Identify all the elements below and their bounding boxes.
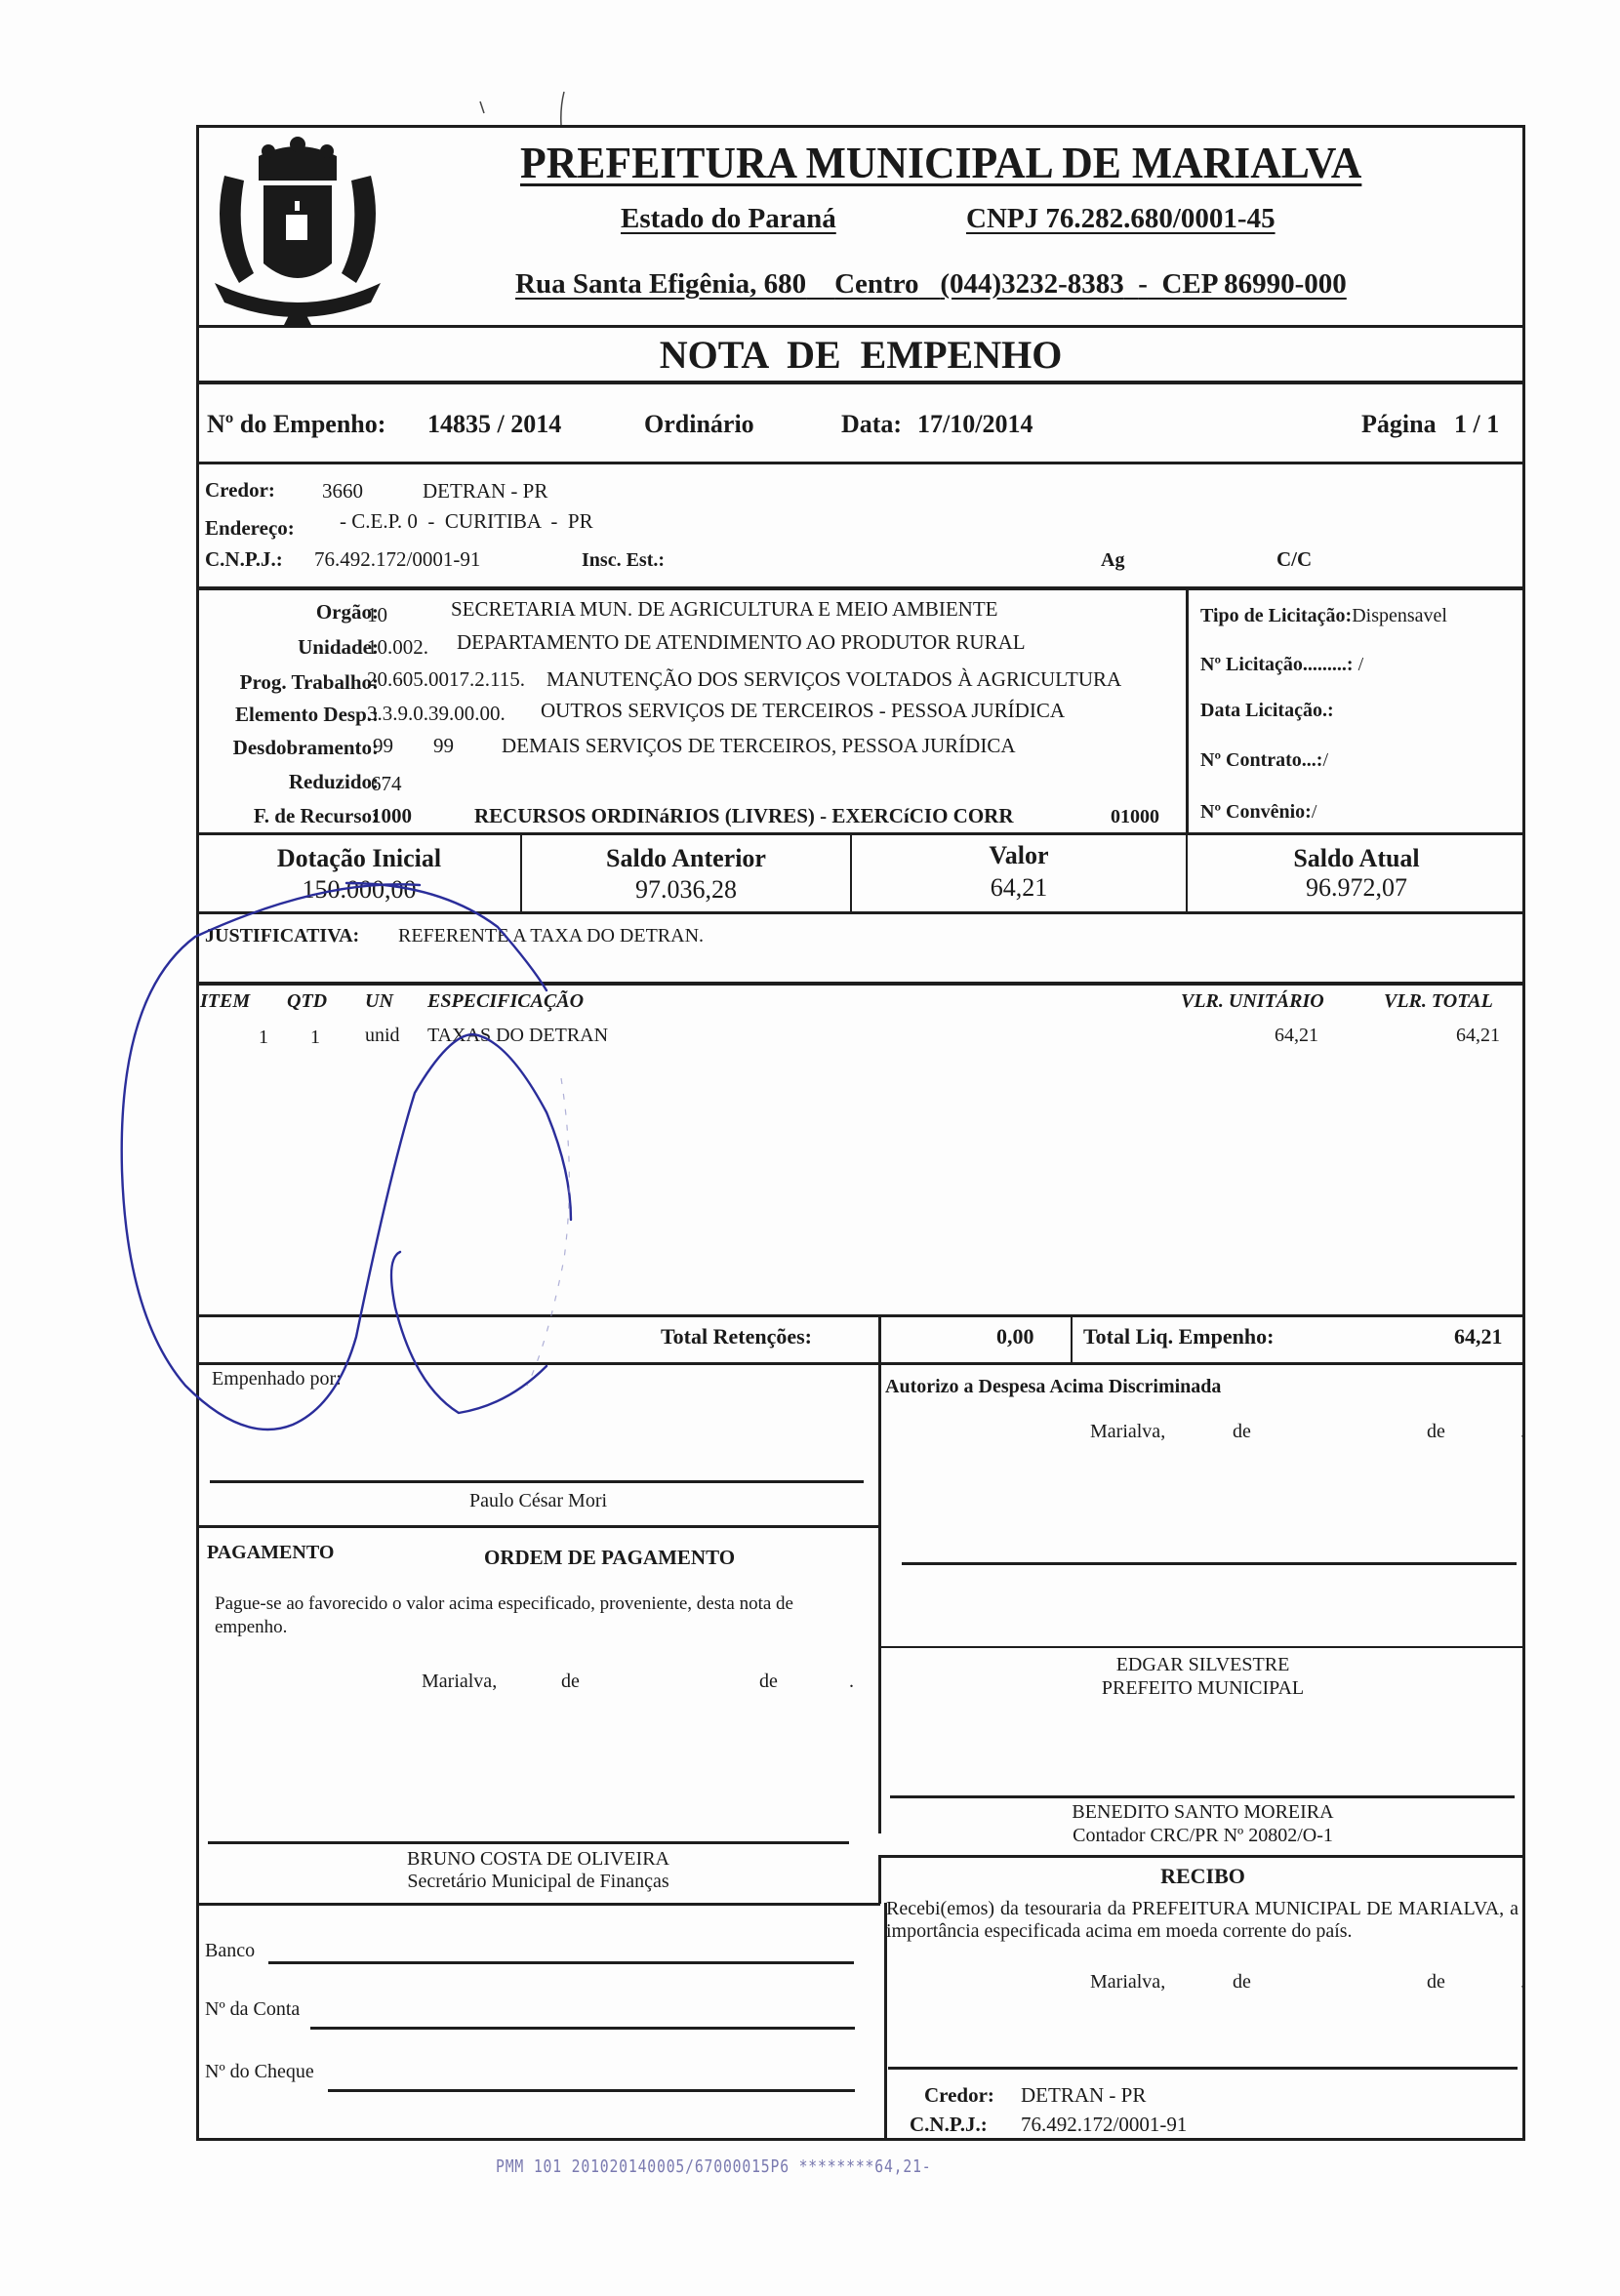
empenhado-name: Paulo César Mori (198, 1490, 878, 1512)
elemento-desc: OUTROS SERVIÇOS DE TERCEIROS - PESSOA JU… (541, 699, 1065, 723)
state-label: Estado do Paraná (621, 203, 836, 235)
cell-item: 1 (259, 1027, 268, 1049)
total-liq-value: 64,21 (1454, 1324, 1503, 1349)
divider (196, 1903, 880, 1906)
cc-label: C/C (1276, 547, 1312, 572)
cnpj-label: C.N.P.J.: (205, 547, 283, 572)
divider (196, 832, 1525, 835)
divider (196, 586, 1525, 590)
num-licitacao: Nº Licitação.........: / (1200, 654, 1363, 676)
contrato: Nº Contrato...:/ (1200, 749, 1328, 772)
empenho-label: Nº do Empenho: (207, 410, 385, 439)
cell-total: 64,21 (1456, 1025, 1500, 1047)
autorizo-label: Autorizo a Despesa Acima Discriminada (885, 1376, 1221, 1398)
desdobramento-desc: DEMAIS SERVIÇOS DE TERCEIROS, PESSOA JUR… (502, 734, 1016, 758)
divider (196, 381, 1525, 384)
divider (196, 911, 1525, 914)
divider (880, 1646, 1525, 1648)
divider (196, 325, 1525, 328)
date-de-1: de (1233, 1421, 1251, 1443)
contrato-value: / (1322, 749, 1328, 771)
document-title: NOTA DE EMPENHO (196, 332, 1525, 378)
recurso-label: F. de Recurso: (254, 804, 379, 828)
valor-value: 64,21 (852, 873, 1186, 903)
secretario-title: Secretário Municipal de Finanças (198, 1871, 878, 1893)
recurso-desc: RECURSOS ORDINáRIOS (LIVRES) - EXERCíCIO… (474, 804, 1014, 828)
machine-stamp: PMM 101 201020140005/67000015P6 ********… (496, 2156, 931, 2177)
date-de-2: de (1427, 1421, 1445, 1443)
divider (196, 462, 1525, 464)
elemento-code: 3.3.9.0.39.00.00. (367, 702, 506, 726)
contador-title: Contador CRC/PR Nº 20802/O-1 (880, 1825, 1525, 1847)
page-value: 1 / 1 (1454, 410, 1499, 439)
prog-trabalho-label: Prog. Trabalho: (240, 670, 379, 695)
ordem-pagamento-label: ORDEM DE PAGAMENTO (484, 1546, 735, 1570)
city: Marialva, (1090, 1421, 1165, 1443)
cell-un: unid (365, 1025, 400, 1047)
total-liq-label: Total Liq. Empenho: (1083, 1324, 1274, 1349)
saldo-anterior-label: Saldo Anterior (522, 844, 850, 873)
dotacao-inicial-label: Dotação Inicial (198, 844, 520, 873)
saldo-atual-value: 96.972,07 (1188, 873, 1525, 903)
data-licitacao-label: Data Licitação.: (1200, 700, 1334, 722)
contrato-label: Nº Contrato...: (1200, 749, 1322, 771)
divider (196, 1314, 1525, 1317)
prefeitura-title: PREFEITURA MUNICIPAL DE MARIALVA (520, 137, 1361, 188)
num-licitacao-label: Nº Licitação.........: (1200, 654, 1354, 675)
col-header-un: UN (365, 990, 393, 1013)
desdobramento-code-1: 99 (373, 734, 393, 758)
secretario-name: BRUNO COSTA DE OLIVEIRA (198, 1848, 878, 1871)
saldo-anterior-value: 97.036,28 (522, 875, 850, 905)
prefeito-name: EDGAR SILVESTRE (880, 1654, 1525, 1676)
signature-line (210, 1480, 864, 1483)
separator: - (1138, 268, 1148, 300)
convenio-label: Nº Convênio: (1200, 801, 1312, 823)
recibo-credor-label: Credor: (924, 2083, 994, 2108)
credor-label: Credor: (205, 478, 275, 503)
convenio: Nº Convênio:/ (1200, 801, 1316, 824)
credor-code: 3660 (322, 479, 363, 504)
justificativa-value: REFERENTE A TAXA DO DETRAN. (398, 925, 704, 947)
endereco-label: Endereço: (205, 516, 295, 541)
saldo-atual-label: Saldo Atual (1188, 844, 1525, 873)
unidade-desc: DEPARTAMENTO DE ATENDIMENTO AO PRODUTOR … (457, 630, 1026, 655)
date-label: Data: (841, 410, 902, 439)
banco-label: Banco (205, 1940, 255, 1962)
tipo-licitacao-value: Dispensavel (1352, 605, 1447, 626)
ag-label: Ag (1101, 549, 1124, 572)
cheque-label: Nº do Cheque (205, 2061, 314, 2083)
date-value: 17/10/2014 (917, 410, 1033, 439)
divider (196, 1362, 1525, 1365)
address-line: Rua Santa Efigênia, 680 Centro (044)3232… (515, 268, 1347, 301)
elemento-label: Elemento Desp.: (235, 703, 379, 727)
conta-field[interactable] (310, 2027, 855, 2030)
reduzido-label: Reduzido: (289, 770, 379, 794)
date-de-2: de (759, 1671, 778, 1693)
municipal-coat-of-arms-icon (200, 137, 395, 332)
empenhado-por-label: Empenhado por: (212, 1368, 342, 1390)
cell-qtd: 1 (310, 1027, 320, 1049)
justificativa-label: JUSTIFICATIVA: (205, 925, 359, 947)
tipo-licitacao: Tipo de Licitação:Dispensavel (1200, 605, 1447, 627)
date-de-1: de (1233, 1971, 1251, 1994)
cep: CEP 86990-000 (1161, 268, 1346, 300)
prefeito-title: PREFEITO MUNICIPAL (880, 1677, 1525, 1700)
city: Marialva, (422, 1671, 497, 1693)
date-de-1: de (561, 1671, 580, 1693)
empenho-number: 14835 / 2014 (427, 410, 561, 439)
empenho-type: Ordinário (644, 410, 754, 439)
signature-line (902, 1562, 1517, 1565)
divider (1186, 588, 1189, 835)
pagamento-label: PAGAMENTO (207, 1542, 334, 1564)
divider (1071, 1316, 1073, 1363)
col-header-unit-price: VLR. UNITÁRIO (1181, 990, 1324, 1013)
district: Centro (834, 268, 918, 300)
convenio-value: / (1312, 801, 1317, 823)
recibo-text: Recebi(emos) da tesouraria da PREFEITURA… (886, 1898, 1519, 1943)
orgao-desc: SECRETARIA MUN. DE AGRICULTURA E MEIO AM… (451, 597, 997, 622)
signature-line (208, 1841, 849, 1844)
num-licitacao-value: / (1358, 654, 1364, 675)
col-header-item: ITEM (200, 990, 250, 1013)
prog-trabalho-desc: MANUTENÇÃO DOS SERVIÇOS VOLTADOS À AGRIC… (547, 667, 1121, 692)
contador-name: BENEDITO SANTO MOREIRA (880, 1801, 1525, 1824)
date-dot: . (849, 1671, 854, 1693)
col-header-total: VLR. TOTAL (1384, 990, 1493, 1013)
recibo-cnpj-label: C.N.P.J.: (910, 2113, 988, 2137)
cnpj-label: CNPJ 76.282.680/0001-45 (966, 203, 1276, 235)
desdobramento-label: Desdobramento: (233, 736, 379, 760)
total-retencoes-label: Total Retenções: (661, 1324, 812, 1349)
divider (878, 1855, 1525, 1858)
divider (196, 1525, 880, 1528)
recibo-title: RECIBO (880, 1864, 1525, 1889)
divider (878, 1316, 881, 1833)
desdobramento-code-2: 99 (433, 734, 454, 758)
col-header-spec: ESPECIFICAÇÃO (427, 990, 584, 1013)
city: Marialva, (1090, 1971, 1165, 1994)
recibo-credor-value: DETRAN - PR (1021, 2083, 1146, 2108)
cnpj-value: 76.492.172/0001-91 (314, 547, 480, 572)
signature-line (888, 2067, 1518, 2070)
recurso-code: 1000 (371, 804, 412, 828)
recibo-cnpj-value: 76.492.172/0001-91 (1021, 2113, 1187, 2137)
col-header-qtd: QTD (287, 990, 327, 1013)
signature-line (890, 1795, 1515, 1798)
dotacao-inicial-value: 150.000,00 (198, 875, 520, 905)
banco-field[interactable] (268, 1961, 854, 1964)
address: Rua Santa Efigênia, 680 (515, 268, 806, 300)
date-dot: . (1520, 1971, 1525, 1994)
cell-unit-price: 64,21 (1275, 1025, 1318, 1047)
orgao-code: 10 (367, 603, 387, 627)
endereco-value: - C.E.P. 0 - CURITIBA - PR (340, 509, 593, 534)
prog-trabalho-code: 20.605.0017.2.115. (367, 667, 525, 692)
cell-spec: TAXAS DO DETRAN (427, 1025, 608, 1047)
total-retencoes-value: 0,00 (996, 1324, 1034, 1349)
recurso-code-2: 01000 (1111, 806, 1159, 828)
page-label: Página (1361, 410, 1437, 439)
phone: (044)3232-8383 (940, 268, 1123, 300)
cheque-field[interactable] (328, 2089, 855, 2092)
insc-est-label: Insc. Est.: (582, 549, 665, 572)
date-dot: . (1520, 1421, 1525, 1443)
date-de-2: de (1427, 1971, 1445, 1994)
credor-name: DETRAN - PR (423, 479, 547, 504)
divider (196, 982, 1525, 986)
payment-text: Pague-se ao favorecido o valor acima esp… (215, 1592, 849, 1639)
conta-label: Nº da Conta (205, 1998, 300, 2021)
reduzido-value: 674 (371, 772, 402, 796)
unidade-code: 10.002. (367, 635, 428, 660)
valor-label: Valor (852, 841, 1186, 870)
tipo-licitacao-label: Tipo de Licitação: (1200, 605, 1352, 626)
